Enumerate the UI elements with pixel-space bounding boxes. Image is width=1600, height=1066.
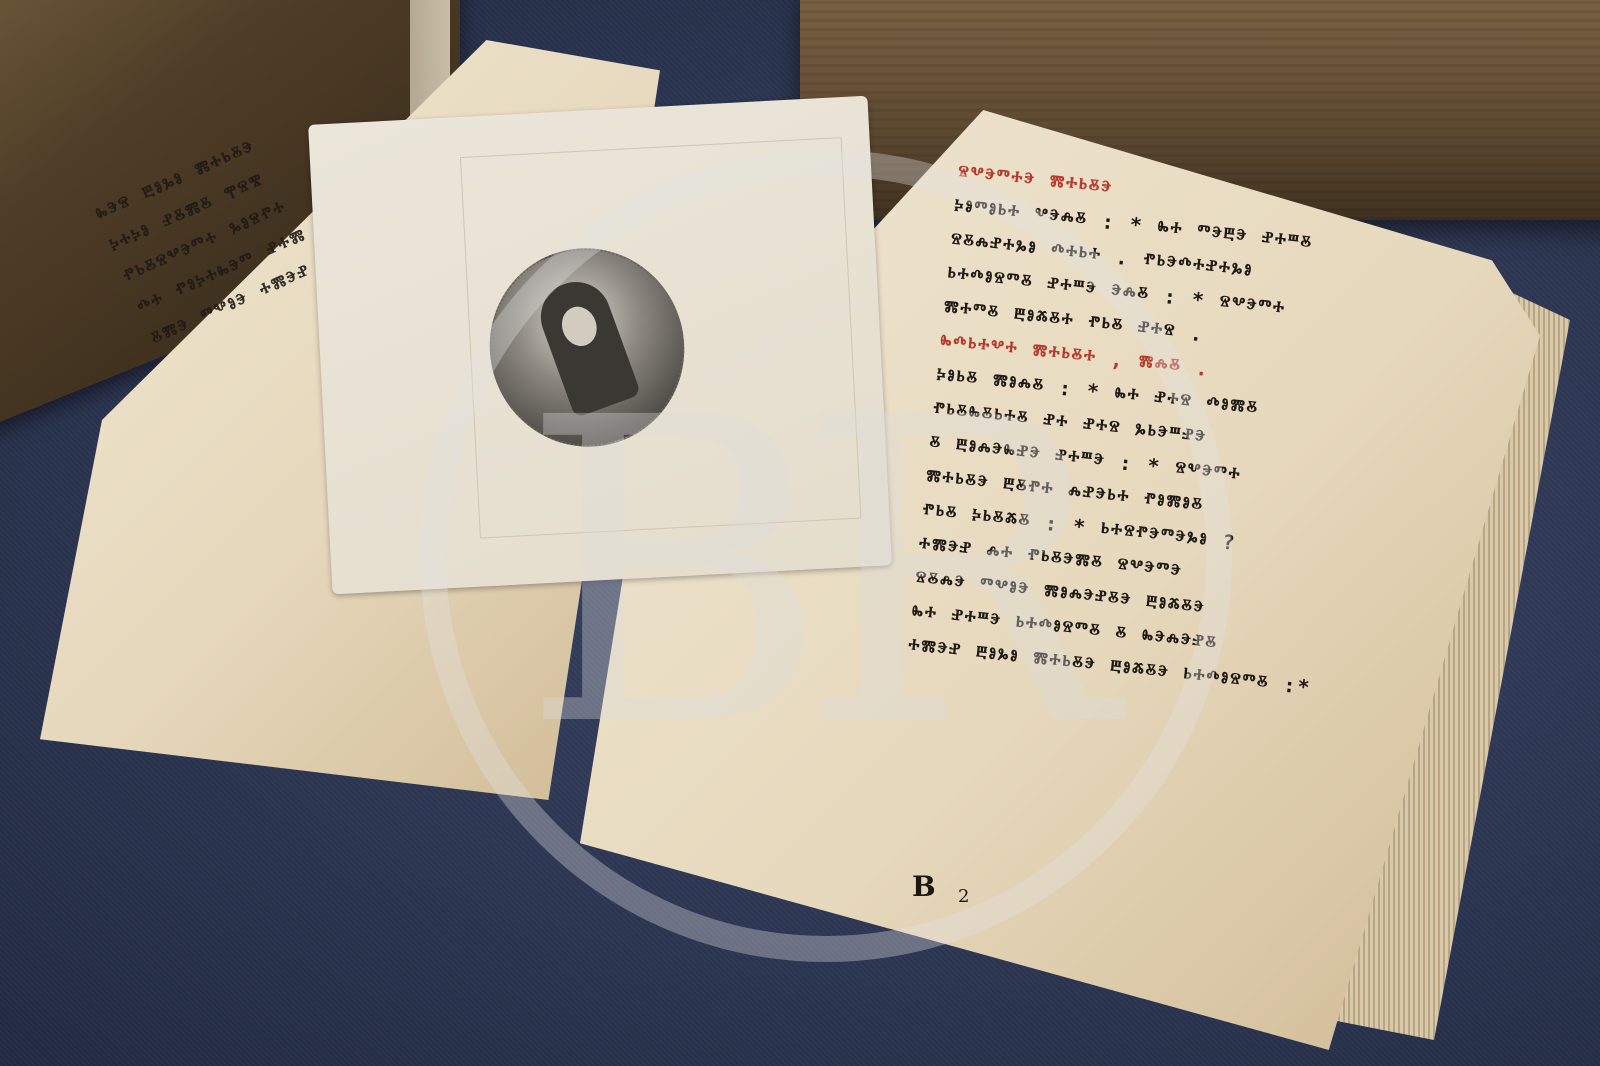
signature-number: 2	[958, 886, 969, 907]
right-page-text: ⱄⰲⰵⱅⰰⰵ ⰿⰰⱃⰻⰵ ⰽⱁⱅⱁⱃⰰ ⰲⰵⰾⰻ : * ⰸⰰ ⱅⰵⰱⰵ ⱀⰰⱎ…	[907, 155, 1363, 705]
signature-mark: B	[912, 870, 936, 903]
